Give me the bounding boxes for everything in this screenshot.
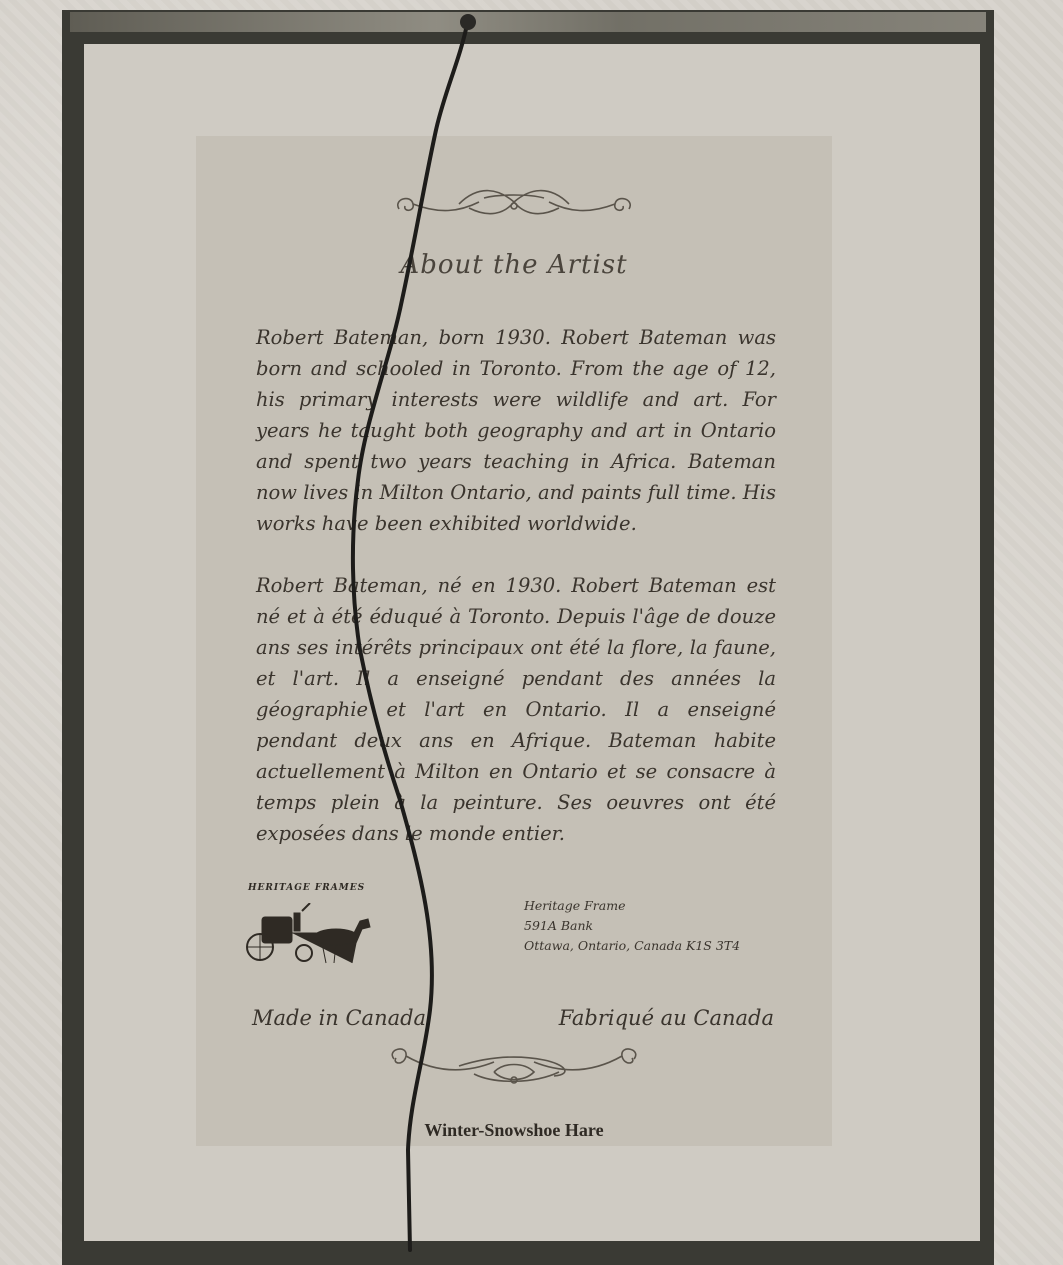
address-line-2: 591A Bank xyxy=(524,916,740,936)
made-in-canada-en: Made in Canada xyxy=(252,1006,426,1030)
english-biography: Robert Bateman, born 1930. Robert Batema… xyxy=(256,322,776,539)
frame-top-edge xyxy=(70,12,986,32)
french-biography: Robert Bateman, né en 1930. Robert Batem… xyxy=(256,570,776,849)
made-in-canada-fr: Fabriqué au Canada xyxy=(559,1006,774,1030)
artwork-title: Winter-Snowshoe Hare xyxy=(196,1120,832,1141)
card-title: About the Artist xyxy=(196,250,832,280)
maker-address: Heritage Frame 591A Bank Ottawa, Ontario… xyxy=(524,896,740,956)
heritage-frames-logo-text: HERITAGE FRAMES xyxy=(248,883,365,893)
top-flourish-icon xyxy=(389,184,639,224)
artist-card: About the Artist Robert Bateman, born 19… xyxy=(196,136,832,1146)
horse-carriage-logo-icon xyxy=(244,903,374,965)
address-line-1: Heritage Frame xyxy=(524,896,740,916)
address-line-3: Ottawa, Ontario, Canada K1S 3T4 xyxy=(524,936,740,956)
bottom-flourish-icon xyxy=(384,1044,644,1094)
